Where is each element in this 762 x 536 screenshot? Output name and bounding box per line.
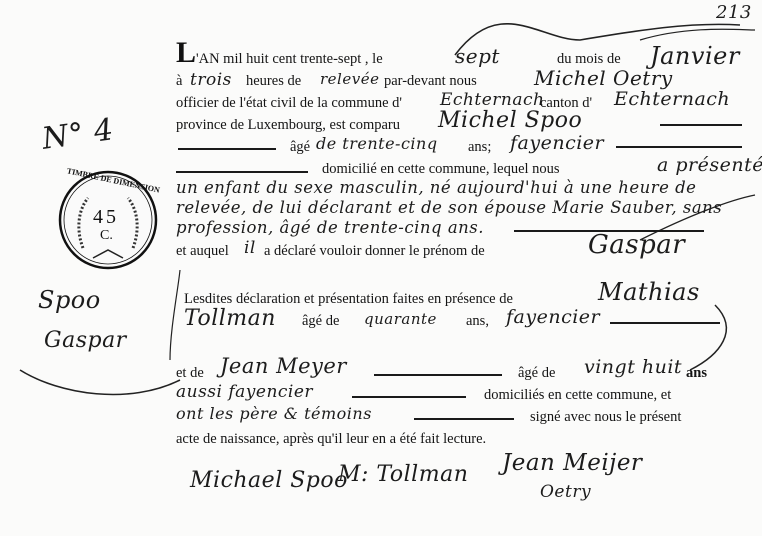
line1-month-label: du mois de — [557, 52, 621, 67]
line10-given-name: Gaspar — [588, 232, 685, 258]
margin-surname: Spoo — [38, 288, 101, 312]
line3-commune: Echternach — [440, 92, 544, 109]
line14-rule — [352, 396, 466, 398]
line11-printed: Lesdites déclaration et présentation fai… — [184, 292, 513, 307]
line10-and-which: et auquel — [176, 244, 229, 259]
line15-rule — [414, 418, 514, 420]
line6-leading-rule — [176, 171, 308, 173]
line12-age-label: âgé de — [302, 314, 339, 329]
line2-hour: trois — [190, 72, 232, 89]
line13-age-label: âgé de — [518, 366, 555, 381]
line5-leading-rule — [178, 148, 276, 150]
line9-profession: profession, âgé de trente-cinq ans. — [176, 220, 484, 237]
signature-officer: Oetry — [540, 484, 591, 501]
line10-he: il — [244, 240, 256, 257]
line13-years-label: ans — [686, 366, 707, 381]
line2-before: par-devant nous — [384, 74, 477, 89]
line2-a: à — [176, 74, 182, 89]
line4-printed: province de Luxembourg, est comparu — [176, 118, 400, 133]
line1-day: sept — [455, 46, 500, 66]
line12-years-label: ans, — [466, 314, 489, 329]
signature-witness2: Jean Meijer — [502, 452, 642, 475]
page-number: 213 — [716, 4, 752, 22]
line12-rule — [610, 322, 720, 324]
line10-declared: a déclaré vouloir donner le prénom de — [264, 244, 485, 259]
line5-age-label: âgé — [290, 140, 310, 155]
stamp-unit: C. — [100, 228, 113, 244]
line2-period: relevée — [320, 72, 379, 87]
line5-age: de trente-cinq — [316, 136, 438, 152]
stamp-value: 45 — [93, 206, 119, 229]
signature-father: Michael Spoo — [190, 470, 348, 492]
line5-years-label: ans; — [468, 140, 491, 155]
line3-canton: Echternach — [614, 90, 730, 109]
line15-signed: ont les père & témoins — [176, 406, 372, 422]
line5-rule — [616, 146, 742, 148]
line14-domiciled: domiciliés en cette commune, et — [484, 388, 671, 403]
signature-witness1: M: Tollman — [338, 464, 468, 486]
line14-profession: aussi fayencier — [176, 384, 313, 401]
line4-rule — [660, 124, 742, 126]
line1-printed: 'AN mil huit cent trente-sept , le — [196, 52, 383, 67]
line2-officer: Michel Oetry — [534, 68, 673, 88]
drop-cap-L: L — [176, 38, 196, 68]
line1-month: Janvier — [650, 44, 740, 68]
line13-rule — [374, 374, 502, 376]
line13-and-of: et de — [176, 366, 204, 381]
line13-witness2: Jean Meyer — [220, 356, 347, 377]
line8-mother: relevée, de lui déclarant et de son épou… — [176, 200, 722, 217]
line12-witness1-last: Tollman — [184, 308, 276, 330]
line15-signed-label: signé avec nous le présent — [530, 410, 681, 425]
line2-hours-label: heures de — [246, 74, 301, 89]
line12-profession: fayencier — [506, 308, 600, 327]
line7-child: un enfant du sexe masculin, né aujourd'h… — [176, 180, 696, 197]
line13-age: vingt huit — [584, 358, 682, 377]
line11-witness1-first: Mathias — [598, 280, 700, 304]
line12-age: quarante — [364, 312, 437, 327]
line6-presented: a présenté — [657, 156, 762, 175]
margin-given-name: Gaspar — [44, 330, 127, 352]
line3-printed: officier de l'état civil de la commune d… — [176, 96, 402, 111]
line4-declarant: Michel Spoo — [438, 110, 582, 132]
line16-printed: acte de naissance, après qu'il leur en a… — [176, 432, 486, 447]
tax-stamp: TIMBRE DE DIMENSION 45 C. — [58, 170, 158, 270]
line6-printed: domicilié en cette commune, lequel nous — [322, 162, 560, 177]
line5-profession: fayencier — [510, 134, 604, 153]
civil-registry-birth-record: 213 N° 4 Spoo Gaspar TIMBRE DE DIMENSION… — [0, 0, 762, 536]
